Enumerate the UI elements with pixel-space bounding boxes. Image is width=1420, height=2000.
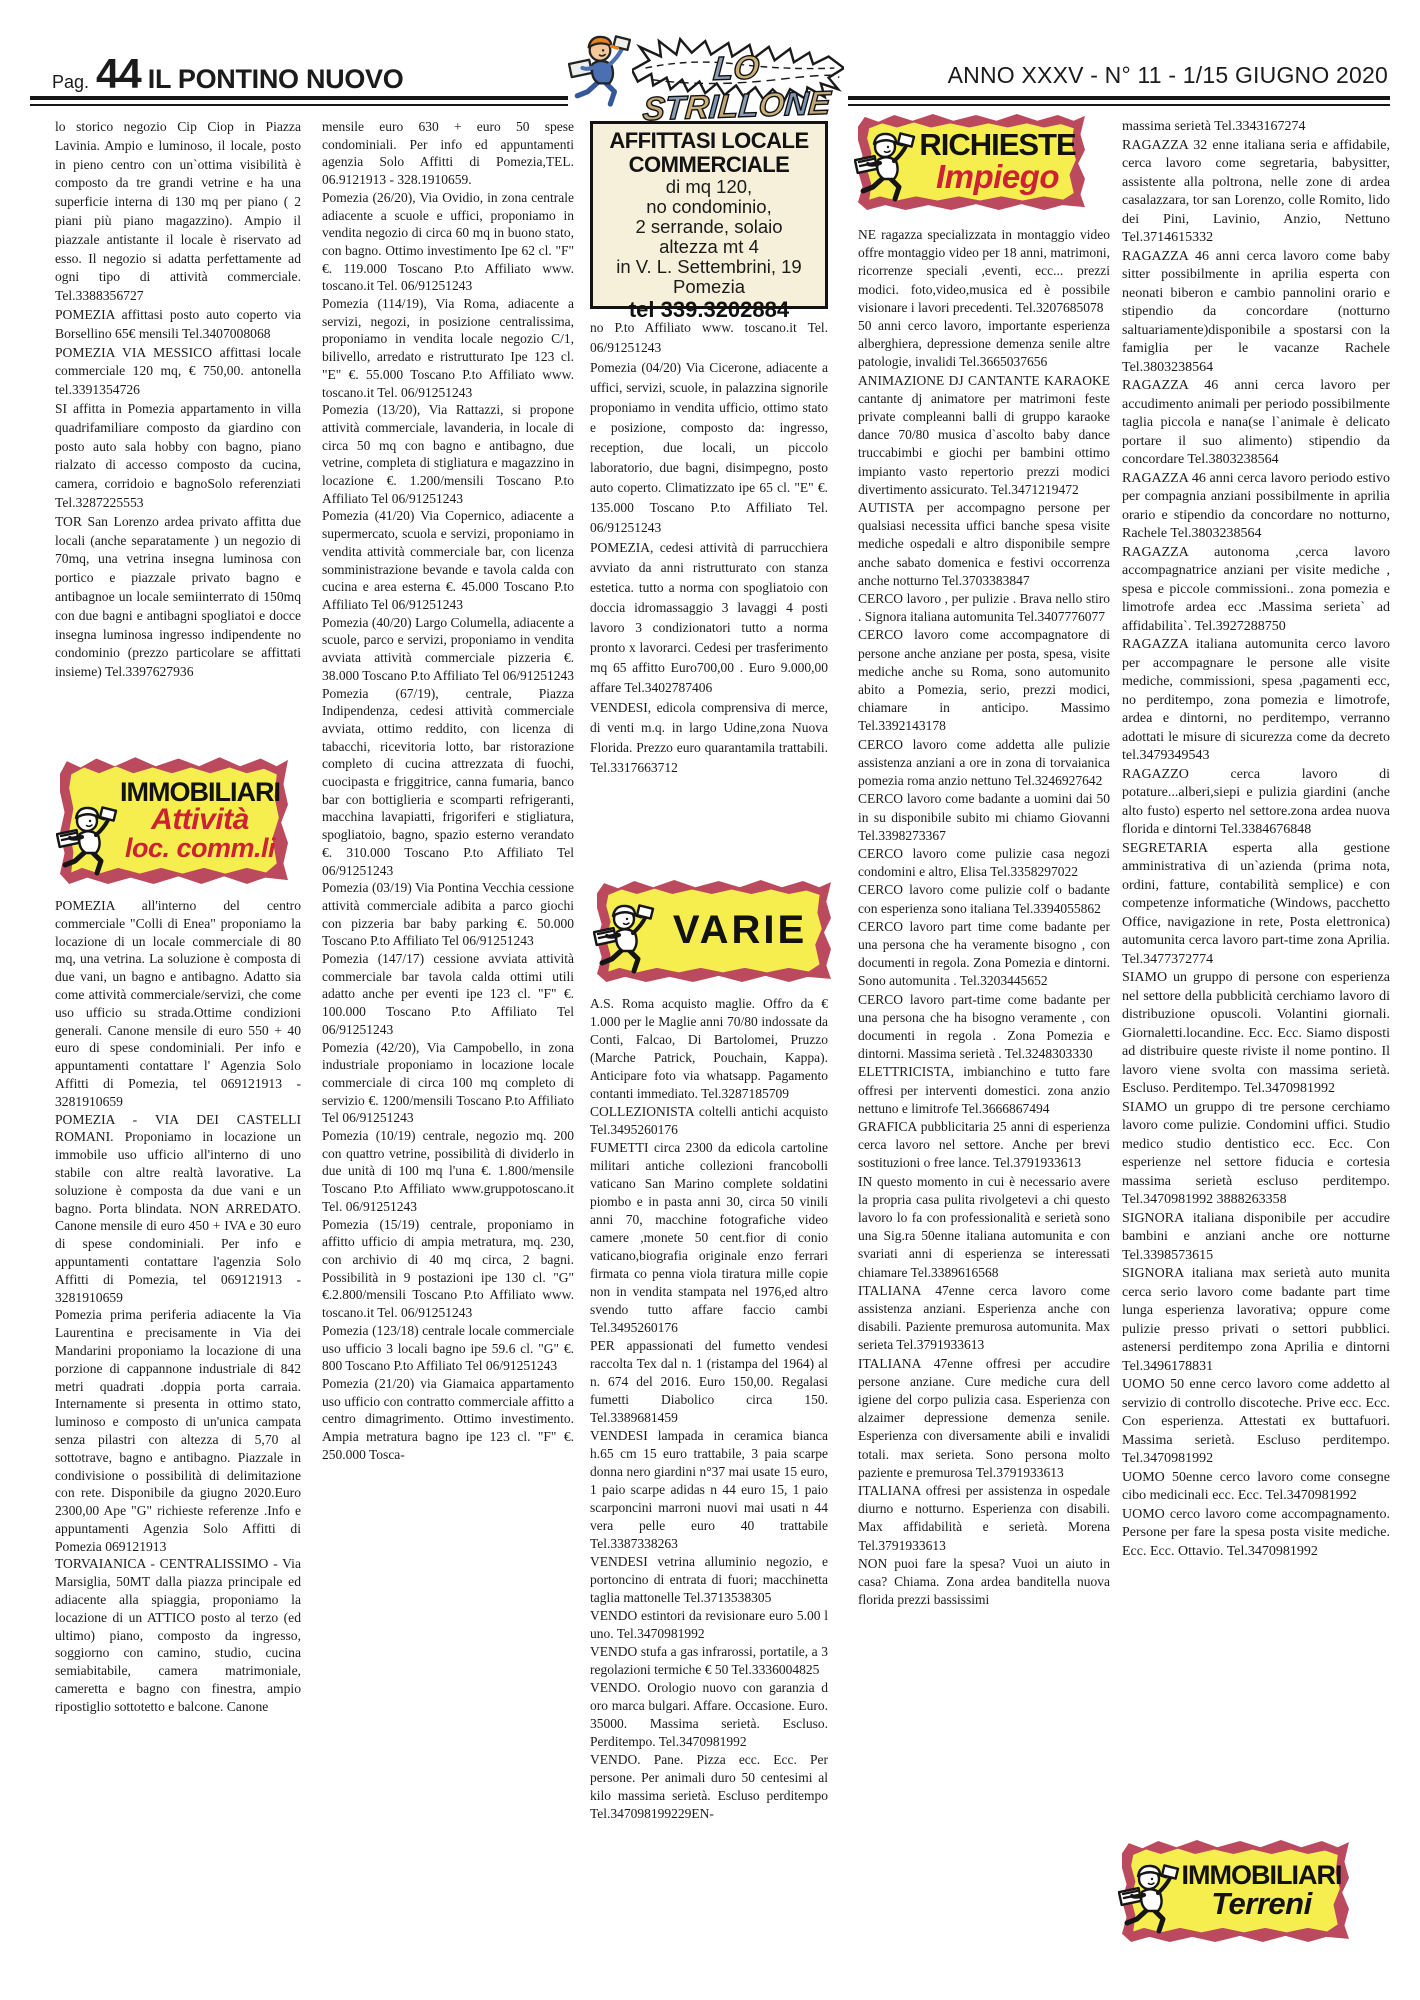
- classified-ad: GRAFICA pubblicitaria 25 anni di esperie…: [858, 1118, 1110, 1173]
- classified-ad: Pomezia (41/20) Via Copernico, adiacente…: [322, 507, 574, 613]
- newsboy-icon: [56, 800, 118, 880]
- classified-ad: Pomezia (21/20) via Giamaica appartament…: [322, 1375, 574, 1464]
- classified-ad: SEGRETARIA esperta alla gestione amminis…: [1122, 840, 1390, 970]
- newspaper-page: Pag. 44 IL PONTINO NUOVO ANNO XXXV - N° …: [0, 0, 1420, 2000]
- banner-line: loc. comm.li: [125, 835, 275, 861]
- classified-ad: TORVAIANICA - CENTRALISSIMO - Via Marsig…: [55, 1555, 301, 1715]
- logo-burst: LO STRILLONE: [632, 37, 844, 103]
- classified-ad: VENDESI, edicola comprensiva di merce, d…: [590, 698, 828, 778]
- classified-ad: POMEZIA affittasi posto auto coperto via…: [55, 306, 301, 344]
- column-4: NE ragazza specializzata in montaggio vi…: [858, 118, 1110, 1994]
- classified-ad: PER appassionati del fumetto vendesi rac…: [590, 1337, 828, 1427]
- ad-box-phone: tel 339.3202884: [593, 297, 825, 322]
- classified-ad: Pomezia (40/20) Largo Columella, adiacen…: [322, 614, 574, 685]
- classified-ad: Pomezia: [593, 277, 825, 297]
- classified-ad: 2 serrande, solaio: [593, 217, 825, 237]
- classified-ad: POMEZIA all'interno del centro commercia…: [55, 897, 301, 1111]
- banner-immobiliari-terreni: IMMOBILIARI Terreni: [1122, 1839, 1349, 1942]
- classified-ad: Pomezia (67/19), centrale, Piazza Indipe…: [322, 685, 574, 880]
- classified-ad: 50 anni cerco lavoro, importante esperie…: [858, 317, 1110, 372]
- classified-ad: ITALIANA 47enne offresi per accudire per…: [858, 1355, 1110, 1482]
- classified-ad: Pomezia (13/20), Via Rattazzi, si propon…: [322, 401, 574, 507]
- classified-ad: VENDESI vetrina alluminio negozio, e por…: [590, 1553, 828, 1607]
- classified-ad: SIGNORA italiana max serietà auto munita…: [1122, 1265, 1390, 1376]
- classified-ad: RAGAZZA italiana automunita cerco lavoro…: [1122, 636, 1390, 766]
- ad-box-title-line2: COMMERCIALE: [593, 153, 825, 177]
- classified-ad: Pomezia (10/19) centrale, negozio mq. 20…: [322, 1127, 574, 1216]
- classified-ad: no P.to Affiliato www. toscano.it Tel. 0…: [590, 318, 828, 358]
- classified-ad: ITALIANA offresi per assistenza in osped…: [858, 1482, 1110, 1555]
- classified-ad: IN questo momento in cui è necessario av…: [858, 1173, 1110, 1282]
- ad-box-title-line1: AFFITTASI LOCALE: [593, 129, 825, 153]
- classified-ad: lo storico negozio Cip Ciop in Piazza La…: [55, 118, 301, 306]
- column-2-ads: mensile euro 630 + euro 50 spese condomi…: [322, 118, 574, 1933]
- adbox-corner-icon: [590, 121, 605, 136]
- column-3: no P.to Affiliato www. toscano.it Tel. 0…: [590, 118, 828, 1994]
- classified-ad: SIAMO un gruppo di persone con esperienz…: [1122, 969, 1390, 1099]
- classified-ad: CERCO lavoro come badante a uomini dai 5…: [858, 790, 1110, 845]
- banner-line: Attività: [151, 805, 249, 834]
- banner-line: RICHIESTE: [919, 130, 1075, 160]
- classified-ad: UOMO cerco lavoro come accompagnamento. …: [1122, 1506, 1390, 1562]
- classified-ad: VENDO estintori da revisionare euro 5.00…: [590, 1607, 828, 1643]
- classified-ad: CERCO lavoro come pulizie colf o badante…: [858, 881, 1110, 917]
- classified-ad: ITALIANA 47enne cerca lavoro come assist…: [858, 1282, 1110, 1355]
- classified-ad: UOMO 50 enne cerco lavoro come addetto a…: [1122, 1376, 1390, 1469]
- classified-ad: ELETTRICISTA, imbianchino e tutto fare o…: [858, 1063, 1110, 1118]
- classified-ad: Pomezia prima periferia adiacente la Via…: [55, 1306, 301, 1555]
- banner-line: Terreni: [1211, 1889, 1311, 1919]
- classified-ad: NE ragazza specializzata in montaggio vi…: [858, 226, 1110, 317]
- column-1-ads-bottom: POMEZIA all'interno del centro commercia…: [55, 897, 301, 1939]
- logo-text: LO STRILLONE: [633, 45, 843, 128]
- classified-ad: no condominio,: [593, 197, 825, 217]
- classified-ad: VENDO. Orologio nuovo con garanzia d oro…: [590, 1679, 828, 1751]
- classified-ad: NON puoi fare la spesa? Vuoi un aiuto in…: [858, 1555, 1110, 1610]
- adbox-corner-icon: [813, 121, 828, 136]
- classified-ad: COLLEZIONISTA coltelli antichi acquisto …: [590, 1103, 828, 1139]
- newsboy-icon: [593, 898, 655, 978]
- classified-ad: Pomezia (114/19), Via Roma, adiacente a …: [322, 295, 574, 401]
- banner-immobiliari-attivita: IMMOBILIARI Attività loc. comm.li: [60, 756, 288, 884]
- banner-line: VARIE: [673, 911, 807, 950]
- classified-ad: CERCO lavoro come addetta alle pulizie a…: [858, 736, 1110, 791]
- classified-ad: UOMO 50enne cerco lavoro come consegne c…: [1122, 1469, 1390, 1506]
- banner-richieste-impiego: RICHIESTE Impiego: [858, 113, 1085, 210]
- classified-ad: VENDESI lampada in ceramica bianca h.65 …: [590, 1427, 828, 1553]
- classified-ad: ANIMAZIONE DJ CANTANTE KARAOKE cantante …: [858, 372, 1110, 499]
- masthead-logo: LO STRILLONE: [568, 28, 848, 112]
- page-info: Pag. 44 IL PONTINO NUOVO: [52, 50, 403, 98]
- classified-ad: Pomezia (04/20) Via Cicerone, adiacente …: [590, 358, 828, 538]
- classified-ad: SI affitta in Pomezia appartamento in vi…: [55, 400, 301, 513]
- ad-box-affittasi: AFFITTASI LOCALE COMMERCIALE di mq 120,n…: [590, 121, 828, 309]
- page-number: 44: [96, 50, 141, 98]
- banner-varie: VARIE: [597, 879, 831, 982]
- classified-ad: Pomezia (26/20), Via Ovidio, in zona cen…: [322, 189, 574, 295]
- column-5: massima serietà Tel.3343167274RAGAZZA 32…: [1122, 118, 1390, 1994]
- adbox-corner-icon: [813, 294, 828, 309]
- classified-ad: RAGAZZA 46 anni cerca lavoro periodo est…: [1122, 470, 1390, 544]
- newsboy-icon: [1118, 1858, 1180, 1938]
- classified-ad: CERCO lavoro come pulizie casa negozi co…: [858, 845, 1110, 881]
- column-5-ads: massima serietà Tel.3343167274RAGAZZA 32…: [1122, 118, 1390, 1821]
- classified-ad: RAGAZZO cerca lavoro di potature...alber…: [1122, 766, 1390, 840]
- issue-info: ANNO XXXV - N° 11 - 1/15 GIUGNO 2020: [948, 62, 1388, 89]
- classified-ad: SIAMO un gruppo di tre persone cerchiamo…: [1122, 1099, 1390, 1210]
- newsboy-icon: [568, 32, 632, 108]
- banner-line: Impiego: [936, 161, 1059, 193]
- classified-ad: CERCO lavoro part time come badante per …: [858, 918, 1110, 991]
- classified-ad: Pomezia (03/19) Via Pontina Vecchia cess…: [322, 879, 574, 950]
- column-3-ads-top: no P.to Affiliato www. toscano.it Tel. 0…: [590, 318, 828, 878]
- classified-ad: Pomezia (147/17) cessione avviata attivi…: [322, 950, 574, 1039]
- classified-ad: FUMETTI circa 2300 da edicola cartoline …: [590, 1139, 828, 1337]
- column-4-ads: NE ragazza specializzata in montaggio vi…: [858, 226, 1110, 1926]
- classified-ad: mensile euro 630 + euro 50 spese condomi…: [322, 118, 574, 189]
- column-3-ads-bottom: A.S. Roma acquisto maglie. Offro da € 1.…: [590, 995, 828, 1937]
- classified-ad: di mq 120,: [593, 177, 825, 197]
- classified-ad: Pomezia (123/18) centrale locale commerc…: [322, 1322, 574, 1375]
- paper-name: IL PONTINO NUOVO: [148, 64, 404, 95]
- adbox-corner-icon: [590, 294, 605, 309]
- classified-ad: POMEZIA, cedesi attività di parrucchiera…: [590, 538, 828, 698]
- classified-ad: CERCO lavoro come accompagnatore di pers…: [858, 626, 1110, 735]
- classified-ad: Pomezia (42/20), Via Campobello, in zona…: [322, 1039, 574, 1128]
- ad-box-lines: di mq 120,no condominio,2 serrande, sola…: [593, 177, 825, 297]
- classified-ad: VENDO. Pane. Pizza ecc. Ecc. Per persone…: [590, 1751, 828, 1823]
- classified-ad: RAGAZZA 46 anni cerca lavoro per accudim…: [1122, 377, 1390, 470]
- classified-ad: A.S. Roma acquisto maglie. Offro da € 1.…: [590, 995, 828, 1103]
- classified-ad: TOR San Lorenzo ardea privato affitta du…: [55, 513, 301, 682]
- classified-ad: POMEZIA VIA MESSICO affittasi locale com…: [55, 344, 301, 400]
- classified-ad: POMEZIA - VIA DEI CASTELLI ROMANI. Propo…: [55, 1111, 301, 1307]
- classified-ad: RAGAZZA 46 anni cerca lavoro come baby s…: [1122, 248, 1390, 378]
- classified-ad: in V. L. Settembrini, 19: [593, 257, 825, 277]
- classified-ad: CERCO lavoro , per pulizie . Brava nello…: [858, 590, 1110, 626]
- column-2: mensile euro 630 + euro 50 spese condomi…: [322, 118, 574, 1994]
- newsboy-icon: [854, 126, 916, 206]
- classified-ad: altezza mt 4: [593, 237, 825, 257]
- column-1-ads-top: lo storico negozio Cip Ciop in Piazza La…: [55, 118, 301, 755]
- classified-ad: CERCO lavoro part-time come badante per …: [858, 991, 1110, 1064]
- classified-ad: SIGNORA italiana disponibile per accudir…: [1122, 1210, 1390, 1266]
- classified-ad: RAGAZZA autonoma ,cerca lavoro accompagn…: [1122, 544, 1390, 637]
- classified-ad: massima serietà Tel.3343167274: [1122, 118, 1390, 137]
- banner-line: IMMOBILIARI: [120, 779, 280, 805]
- page-label: Pag.: [52, 72, 89, 93]
- classified-ad: AUTISTA per accompagno persone per quals…: [858, 499, 1110, 590]
- column-1: lo storico negozio Cip Ciop in Piazza La…: [55, 118, 301, 1994]
- classified-ad: VENDO stufa a gas infrarossi, portatile,…: [590, 1643, 828, 1679]
- banner-line: IMMOBILIARI: [1182, 1862, 1342, 1888]
- classified-ad: Pomezia (15/19) centrale, proponiamo in …: [322, 1216, 574, 1322]
- classified-ad: RAGAZZA 32 enne italiana seria e affidab…: [1122, 137, 1390, 248]
